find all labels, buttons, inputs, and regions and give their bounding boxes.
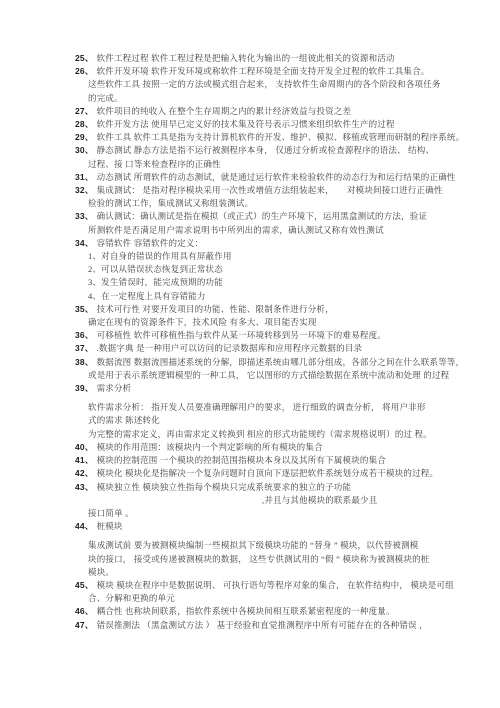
text-line: 25、软件工程过程 软件工程过程是把输入转化为输出的一组彼此相关的资源和活动 (75, 52, 472, 65)
item-number: 29、 (75, 132, 94, 142)
item-text: 静态测试 静态方法是指不运行被测程序本身， 仅通过分析或检查源程序的语法、 结构… (97, 145, 435, 155)
text-line: 47、错误推测法 （黑盒测试方法 ） 基于经验和直觉推测程序中所有可能存在的各种… (75, 619, 472, 632)
item-text: 可移植性 软件可移植性指与软件从某一环境转移到另一环境下的难易程度。 (97, 330, 386, 340)
item-text: 数据流图 数据流图描述系统的分解，即描述系统由哪几部分组成，各部分之间在什么联系… (97, 357, 465, 367)
item-number: 32、 (75, 185, 94, 195)
text-line: 33、确认测试：确认测试是指在模拟（或正式）的生产环境下，运用黑盒测试的方法，验… (75, 210, 472, 223)
text-line: 合、分解和更换的单元 (75, 592, 472, 605)
text-line: 38、数据流图 数据流图描述系统的分解，即描述系统由哪几部分组成，各部分之间在什… (75, 356, 472, 369)
item-number: 46、 (75, 606, 94, 616)
item-number: 27、 (75, 106, 94, 116)
text-line: 27、软件项目的纯收入 在整个生存周期之内的累计经济效益与投资之差 (75, 105, 472, 118)
text-line: 40、模块的作用范围：该模块内一个判定影响的所有模块的集合 (75, 441, 472, 454)
text-line: 所测软件是否满足用户需求说明书中所列出的需求，确认测试又称有效性测试 (75, 224, 472, 237)
item-number: 39、 (75, 383, 94, 393)
item-number: 41、 (75, 455, 94, 465)
text-line: 34、容错软件 容错软件的定义： (75, 237, 472, 250)
text-line: 或是用于表示系统逻辑模型的一种工具， 它以图形的方式描绘数据在系统中流动和处理 … (75, 369, 472, 382)
item-number: 33、 (75, 211, 94, 221)
text-line: 35、技术可行性 对要开发项目的功能、性能、限制条件进行分析， (75, 303, 472, 316)
item-text: 动态测试 所谓软件的动态测试，就是通过运行软件来检验软件的动态行为和运行结果的正… (97, 172, 456, 182)
text-line: 37、.数据字典 是一种用户可以访问的记录数据库和应用程序元数据的目录 (75, 342, 472, 355)
text-line: 32、集成测试： 是指对程序模块采用一次性或增值方法组装起来， 对模块间接口进行… (75, 184, 472, 197)
item-text: 软件工程过程 软件工程过程是把输入转化为输出的一组彼此相关的资源和活动 (97, 53, 395, 63)
item-number: 30、 (75, 145, 94, 155)
text-line: 块的接口， 接受或传递被测模块的数据， 这些专供测试用的 “假 ” 模块称为被测… (75, 553, 472, 566)
item-number: 45、 (75, 580, 94, 590)
item-number: 25、 (75, 53, 94, 63)
item-number: 28、 (75, 119, 94, 129)
text-line: 1、对自身的错误的作用具有屏蔽作用 (75, 250, 472, 263)
item-number: 34、 (75, 238, 94, 248)
item-number: 36、 (75, 330, 94, 340)
item-text: 桩模块 (97, 521, 123, 531)
document-body: 25、软件工程过程 软件工程过程是把输入转化为输出的一组彼此相关的资源和活动26… (75, 52, 472, 632)
item-number: 26、 (75, 66, 94, 76)
text-line: 模块。 (75, 566, 472, 579)
item-text: 软件项目的纯收入 在整个生存周期之内的累计经济效益与投资之差 (97, 106, 352, 116)
text-line: 46、耦合性 也称块间联系，指软件系统中各模块间相互联系紧密程度的一种度量。 (75, 605, 472, 618)
text-line: 软件需求分析： 指开发人员要准确理解用户的要求， 进行细致的调查分析， 将用户非… (75, 401, 472, 414)
text-line: 确定在现有的资源条件下，技术风险 有多大、项目能否实现 (75, 316, 472, 329)
text-line: 集成测试前 要为被测模块编制一些模拟其下级模块功能的 “替身 ” 模块，以代替被… (75, 539, 472, 552)
text-line: ,并且与其他模块的联系最少且 (75, 494, 472, 507)
text-line: 44、桩模块 (75, 520, 472, 533)
item-number: 35、 (75, 304, 94, 314)
item-text: 容错软件 容错软件的定义： (97, 238, 204, 248)
item-text: 耦合性 也称块间联系，指软件系统中各模块间相互联系紧密程度的一种度量。 (97, 606, 395, 616)
item-number: 47、 (75, 620, 94, 630)
text-line: 41、模块的控制范围 一个模块的控制范围指模块本身以及其所有下属模块的集合 (75, 454, 472, 467)
text-line: 过程、接 口等来检查程序的正确性 (75, 158, 472, 171)
text-line: 29、软件工具 软件工具是指为支持计算机软件的开发、维护、模拟、移植或管理而研制… (75, 131, 472, 144)
text-line: 接口简单 。 (75, 507, 472, 520)
text-line: 39、需求分析 (75, 382, 472, 395)
item-text: 软件开发环境 软件开发环境或称软件工程环境是全面支持开发全过程的软件工具集合。 (97, 66, 430, 76)
item-text: 模块化 模块化是指解决一个复杂问题时自顶向下逐层把软件系统划分成若干模块的过程。 (97, 468, 439, 478)
item-text: 模块独立性 模块独立性指每个模块只完成系统要求的独立的子功能 (97, 482, 352, 492)
item-text: 软件开发方法 使用早已定义好的技术集及符号表示习惯来组织软件生产的过程 (97, 119, 395, 129)
item-text: 模块的作用范围：该模块内一个判定影响的所有模块的集合 (97, 442, 323, 452)
item-number: 31、 (75, 172, 94, 182)
text-line: 36、可移植性 软件可移植性指与软件从某一环境转移到另一环境下的难易程度。 (75, 329, 472, 342)
text-line: 检验的测试工作，集成测试又称组装测试。 (75, 197, 472, 210)
item-text: 模块 模块在程序中是数据说明、 可执行语句等程序对象的集合， 在软件结构中， 模… (97, 580, 454, 590)
text-line: 2、可以从错误状态恢复到正常状态 (75, 263, 472, 276)
item-text: 确认测试：确认测试是指在模拟（或正式）的生产环境下，运用黑盒测试的方法，验证 (97, 211, 428, 221)
item-number: 38、 (75, 357, 94, 367)
text-line: 43、模块独立性 模块独立性指每个模块只完成系统要求的独立的子功能 (75, 481, 472, 494)
text-line: 45、模块 模块在程序中是数据说明、 可执行语句等程序对象的集合， 在软件结构中… (75, 579, 472, 592)
text-line: 这些软件工具 按照一定的方法或模式组合起来， 支持软件生命周期内的各个阶段和各项… (75, 78, 472, 91)
text-line: 28、软件开发方法 使用早已定义好的技术集及符号表示习惯来组织软件生产的过程 (75, 118, 472, 131)
document-page: 25、软件工程过程 软件工程过程是把输入转化为输出的一组彼此相关的资源和活动26… (0, 0, 500, 708)
item-text: 技术可行性 对要开发项目的功能、性能、限制条件进行分析， (97, 304, 334, 314)
text-line: 42、模块化 模块化是指解决一个复杂问题时自顶向下逐层把软件系统划分成若干模块的… (75, 467, 472, 480)
item-text: 软件工具 软件工具是指为支持计算机软件的开发、维护、模拟、移植或管理而研制的程序… (97, 132, 465, 142)
text-line: 为完整的需求定义，再由需求定义转换到 相应的形式功能规约（需求规格说明）的过 程… (75, 428, 472, 441)
item-number: 43、 (75, 482, 94, 492)
item-number: 42、 (75, 468, 94, 478)
item-text: 错误推测法 （黑盒测试方法 ） 基于经验和直觉推测程序中所有可能存在的各种错误 … (97, 620, 428, 630)
text-line: 的完成。 (75, 92, 472, 105)
item-text: 需求分析 (97, 383, 132, 393)
text-line: 4、在一定程度上具有容错能力 (75, 290, 472, 303)
text-line: 31、动态测试 所谓软件的动态测试，就是通过运行软件来检验软件的动态行为和运行结… (75, 171, 472, 184)
text-line: 式的需求 陈述转化 (75, 414, 472, 427)
item-text: .数据字典 是一种用户可以访问的记录数据库和应用程序元数据的目录 (97, 343, 363, 353)
item-text: 集成测试： 是指对程序模块采用一次性或增值方法组装起来， 对模块间接口进行正确性 (97, 185, 443, 195)
text-line: 30、静态测试 静态方法是指不运行被测程序本身， 仅通过分析或检查源程序的语法、… (75, 144, 472, 157)
text-line: 3、发生错误时，能完成预期的功能 (75, 276, 472, 289)
item-text: 模块的控制范围 一个模块的控制范围指模块本身以及其所有下属模块的集合 (97, 455, 386, 465)
item-number: 37、 (75, 343, 94, 353)
text-line: 26、软件开发环境 软件开发环境或称软件工程环境是全面支持开发全过程的软件工具集… (75, 65, 472, 78)
item-number: 40、 (75, 442, 94, 452)
item-number: 44、 (75, 521, 94, 531)
